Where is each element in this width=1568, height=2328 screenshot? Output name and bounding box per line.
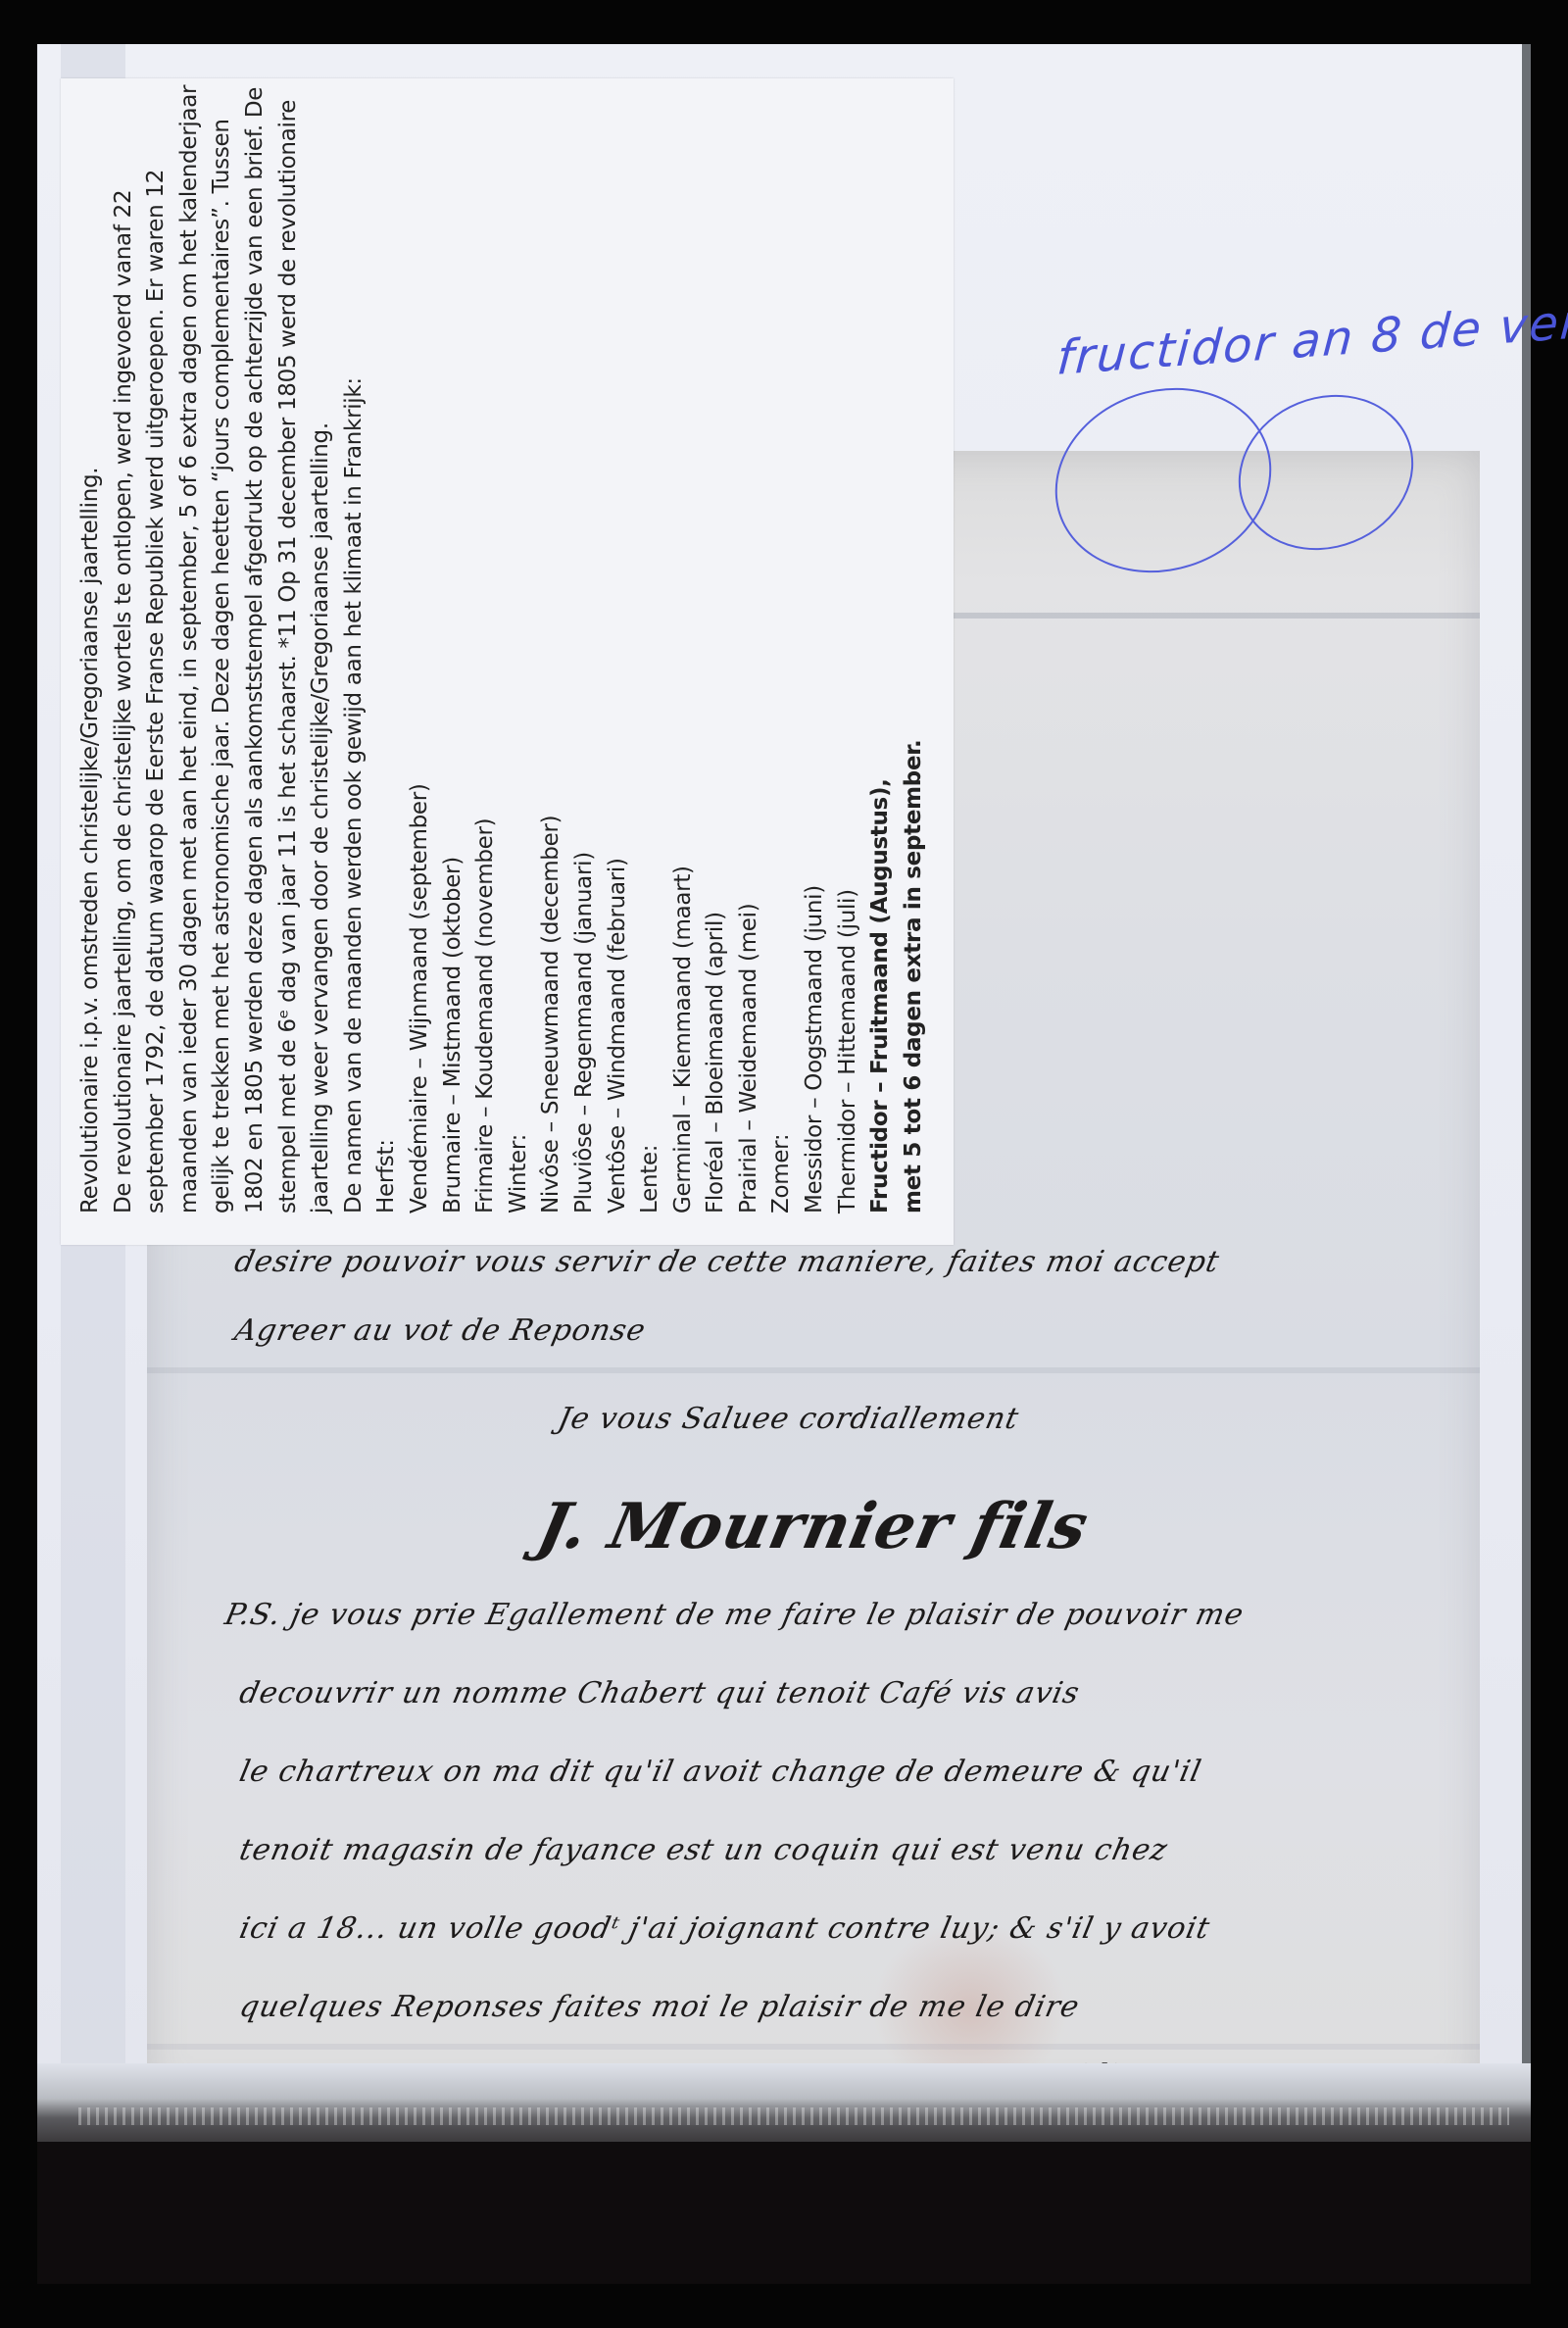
info-line: jaartelling weer vervangen door de chris…	[305, 108, 338, 1214]
info-line: Prairial – Weidemaand (mei)	[733, 108, 766, 1214]
info-line: Thermidor – Hittemaand (juli)	[832, 108, 865, 1214]
handwritten-line: Agreer au vot de Reponse	[231, 1313, 649, 1348]
handwritten-line: tenoit magasin de fayance est un coquin …	[236, 1833, 1171, 1867]
handwritten-line: le chartreux on ma dit qu'il avoit chang…	[236, 1755, 1204, 1789]
handwritten-line: decouvrir un nomme Chabert qui tenoit Ca…	[236, 1676, 1083, 1710]
info-line: Winter:	[503, 108, 536, 1214]
handwritten-line: Je vous Saluee cordiallement	[555, 1402, 1022, 1436]
info-line: gelijk te trekken met het astronomische …	[206, 108, 239, 1214]
info-line: Zomer:	[765, 108, 799, 1214]
info-line: Fructidor – Fruitmaand (Augustus),	[864, 108, 898, 1214]
info-line: Nivôse – Sneeuwmaand (december)	[535, 108, 568, 1214]
info-line: Brumaire – Mistmaand (oktober)	[437, 108, 470, 1214]
info-label-text: Revolutionaire i.p.v. omstreden christel…	[61, 78, 954, 1245]
info-line: Floréal – Bloeimaand (april)	[700, 108, 733, 1214]
handwritten-line: ici a 18... un volle goodᵗ j'ai joignant…	[236, 1911, 1213, 1946]
handwritten-line: P.S. je vous prie Egallement de me faire…	[221, 1598, 1247, 1632]
info-line: Frimaire – Koudemaand (november)	[469, 108, 503, 1214]
info-line: stempel met de 6ᵉ dag van jaar 11 is het…	[272, 108, 306, 1214]
paper-fold	[147, 1367, 1480, 1373]
sleeve-reflection	[78, 2107, 1509, 2125]
dark-background	[37, 2142, 1531, 2284]
info-line: Germinal – Kiemmaand (maart)	[667, 108, 701, 1214]
info-line: Messidor – Oogstmaand (juni)	[799, 108, 832, 1214]
info-line: Vendémiaire – Wijnmaand (september)	[404, 108, 437, 1214]
signature: J. Mournier fils	[531, 1490, 1095, 1563]
info-line: Ventôse – Windmaand (februari)	[602, 108, 635, 1214]
plastic-sleeve-edge	[37, 2063, 1531, 2142]
album-page-edge	[1522, 44, 1531, 2142]
info-line: De namen van de maanden werden ook gewij…	[338, 108, 371, 1214]
info-line: 1802 en 1805 werden deze dagen als aanko…	[239, 108, 272, 1214]
info-line: Lente:	[634, 108, 667, 1214]
info-line: De revolutionaire jaartelling, om de chr…	[108, 108, 141, 1214]
info-line: maanden van ieder 30 dagen met aan het e…	[173, 108, 207, 1214]
handwritten-line: quelques Reponses faites moi le plaisir …	[236, 1990, 1083, 2024]
handwritten-line: desire pouvoir vous servir de cette mani…	[231, 1245, 1222, 1279]
paper-fold	[147, 2044, 1480, 2050]
info-label-panel: Revolutionaire i.p.v. omstreden christel…	[61, 78, 954, 1245]
info-line: september 1792, de datum waarop de Eerst…	[140, 108, 173, 1214]
info-line: Herfst:	[370, 108, 404, 1214]
info-line: Revolutionaire i.p.v. omstreden christel…	[74, 108, 108, 1214]
info-line: met 5 tot 6 dagen extra in september.	[898, 108, 931, 1214]
info-line: Pluviôse – Regenmaand (januari)	[568, 108, 602, 1214]
